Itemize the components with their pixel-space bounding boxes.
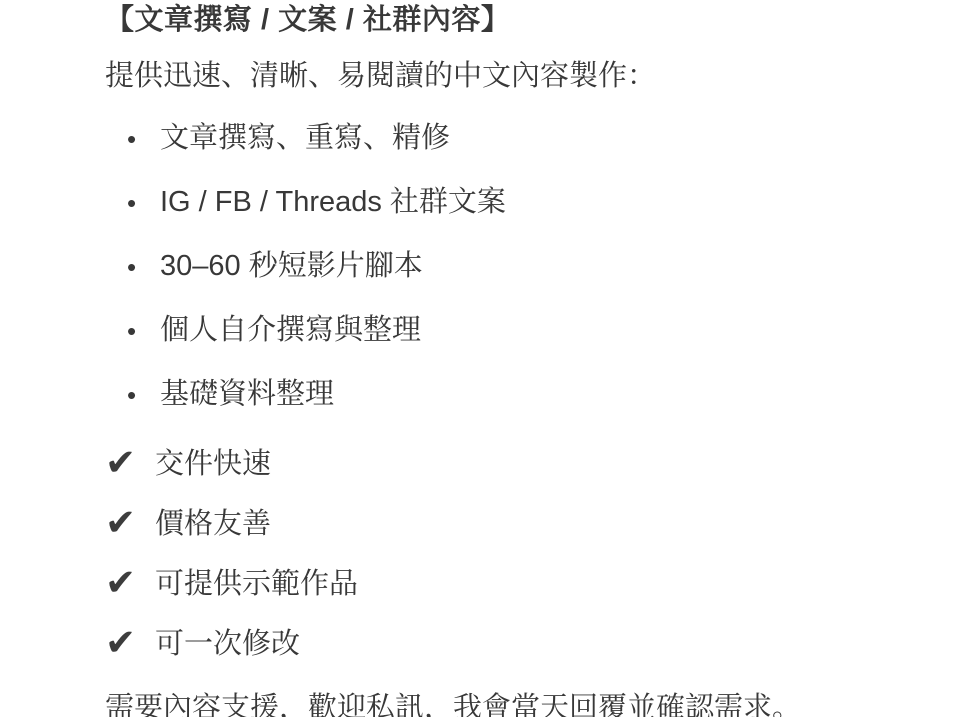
list-item: • 文章撰寫、重寫、精修 (105, 124, 956, 153)
intro-text: 提供迅速、清晰、易閱讀的中文內容製作： (105, 62, 956, 91)
services-list: • 文章撰寫、重寫、精修 • IG / FB / Threads 社群文案 • … (105, 124, 956, 409)
list-item-label: 價格友善 (155, 510, 271, 539)
list-item-label: 交件快速 (155, 450, 271, 479)
list-item-label: 30–60 秒短影片腳本 (160, 252, 423, 281)
list-item-label: 基礎資料整理 (160, 380, 334, 409)
list-item: ✔ 可提供示範作品 (105, 565, 956, 603)
list-item: • IG / FB / Threads 社群文案 (105, 188, 956, 217)
bullet-icon: • (105, 318, 160, 344)
list-item: ✔ 價格友善 (105, 505, 956, 543)
list-item: • 30–60 秒短影片腳本 (105, 252, 956, 281)
checkmark-icon: ✔ (105, 564, 155, 601)
list-item: ✔ 交件快速 (105, 445, 956, 483)
bullet-icon: • (105, 190, 160, 216)
checkmark-icon: ✔ (105, 444, 155, 481)
list-item-label: 可一次修改 (155, 630, 300, 659)
document-page: 【文章撰寫 / 文案 / 社群內容】 提供迅速、清晰、易閱讀的中文內容製作： •… (0, 0, 956, 717)
bullet-icon: • (105, 382, 160, 408)
list-item-label: 個人自介撰寫與整理 (160, 316, 421, 345)
bullet-icon: • (105, 254, 160, 280)
list-item: • 個人自介撰寫與整理 (105, 316, 956, 345)
checkmark-icon: ✔ (105, 504, 155, 541)
bullet-icon: • (105, 126, 160, 152)
page-title: 【文章撰寫 / 文案 / 社群內容】 (105, 6, 956, 35)
checkmark-icon: ✔ (105, 624, 155, 661)
list-item: ✔ 可一次修改 (105, 625, 956, 663)
list-item-label: 可提供示範作品 (155, 570, 358, 599)
footer-text: 需要內容支援，歡迎私訊，我會當天回覆並確認需求。 (105, 694, 956, 717)
list-item-label: IG / FB / Threads 社群文案 (160, 188, 506, 217)
highlights-list: ✔ 交件快速 ✔ 價格友善 ✔ 可提供示範作品 ✔ 可一次修改 (105, 445, 956, 663)
list-item-label: 文章撰寫、重寫、精修 (160, 124, 450, 153)
document-content: 【文章撰寫 / 文案 / 社群內容】 提供迅速、清晰、易閱讀的中文內容製作： •… (0, 0, 956, 717)
list-item: • 基礎資料整理 (105, 380, 956, 409)
